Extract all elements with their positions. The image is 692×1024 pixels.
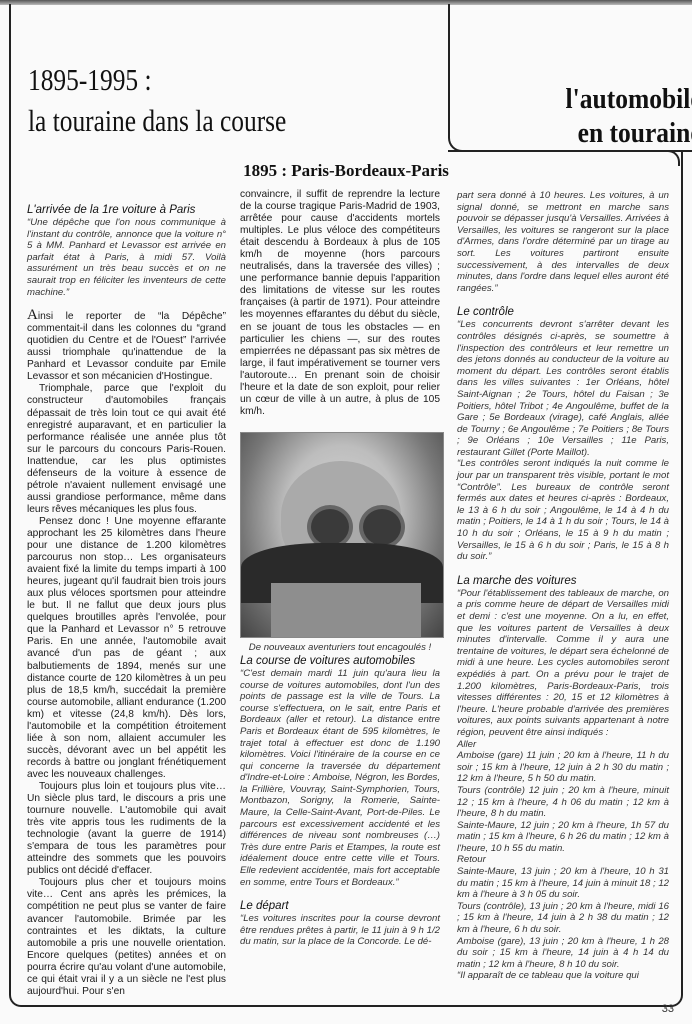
section-heading-depart: Le départ — [240, 899, 440, 913]
page-number: 33 — [662, 1003, 674, 1015]
aller-label: Aller — [457, 739, 669, 751]
retour-item: Amboise (gare), 13 juin ; 20 km à l'heur… — [457, 936, 669, 971]
section-text-controle: “Les concurrents devront s'arrêter devan… — [457, 319, 669, 458]
left-rule — [9, 4, 11, 162]
column-1: L'arrivée de la 1re voiture à Paris “Une… — [27, 203, 226, 998]
paragraph-2: Triomphale, parce que l'exploit du const… — [27, 383, 226, 516]
section-heading-course: La course de voitures automobiles — [240, 654, 440, 668]
paragraph-4: Toujours plus loin et toujours plus vite… — [27, 781, 226, 877]
section-text-controle-2: “Les contrôles seront indiqués la nuit c… — [457, 458, 669, 562]
section-heading-marche: La marche des voitures — [457, 574, 669, 588]
drop-cap: A — [27, 307, 38, 323]
series-banner: l'automobile en touraine — [448, 4, 692, 152]
page-subtitle: la touraine dans la course — [28, 102, 286, 140]
retour-item: Tours (contrôle), 13 juin ; 20 km à l'he… — [457, 901, 669, 936]
photo-caption: De nouveaux aventuriers tout encagoulés … — [240, 642, 440, 654]
section-heading-controle: Le contrôle — [457, 305, 669, 319]
series-title: l'automobile en touraine — [566, 82, 692, 150]
paragraph-6: convaincre, il suffit de reprendre la le… — [240, 189, 440, 418]
column-2: convaincre, il suffit de reprendre la le… — [240, 189, 440, 948]
column-3: part sera donné à 10 heures. Les voiture… — [457, 190, 669, 982]
closing-quote: “Il apparaît de ce tableau que la voitur… — [457, 970, 669, 982]
aviator-photo — [240, 432, 444, 638]
section-text-course: “C'est demain mardi 11 juin qu'aura lieu… — [240, 668, 440, 888]
aller-item: Tours (contrôle) 12 juin ; 20 km à l'heu… — [457, 785, 669, 820]
section-text-depart-continued: part sera donné à 10 heures. Les voiture… — [457, 190, 669, 294]
paragraph-1: Ainsi le reporter de “la Dépêche” commen… — [27, 309, 226, 383]
page-title: 1895-1995 : — [28, 62, 286, 98]
paragraph-3: Pensez donc ! Une moyenne effarante appr… — [27, 516, 226, 781]
retour-item: Sainte-Maure, 13 juin ; 20 km à l'heure,… — [457, 866, 669, 901]
paragraph-5: Toujours plus cher et toujours moins vit… — [27, 877, 226, 997]
retour-label: Retour — [457, 854, 669, 866]
article-title: 1895 : Paris-Bordeaux-Paris — [0, 161, 692, 181]
series-title-line1: l'automobile — [566, 82, 692, 116]
aller-item: Amboise (gare) 11 juin ; 20 km à l'heure… — [457, 750, 669, 785]
aller-item: Sainte-Maure, 12 juin ; 20 km à l'heure,… — [457, 820, 669, 855]
section-text-depart: “Les voitures inscrites pour la course d… — [240, 913, 440, 948]
section-text-marche: “Pour l'établissement des tableaux de ma… — [457, 588, 669, 739]
intro-heading: L'arrivée de la 1re voiture à Paris — [27, 203, 226, 217]
intro-quote: “Une dépêche que l'on nous communique à … — [27, 217, 226, 298]
photo-coat — [271, 583, 421, 638]
paragraph-1-text: insi le reporter de “la Dépêche” comment… — [27, 311, 226, 382]
series-title-line2: en touraine — [566, 116, 692, 150]
page-header: 1895-1995 : la touraine dans la course — [28, 62, 343, 140]
